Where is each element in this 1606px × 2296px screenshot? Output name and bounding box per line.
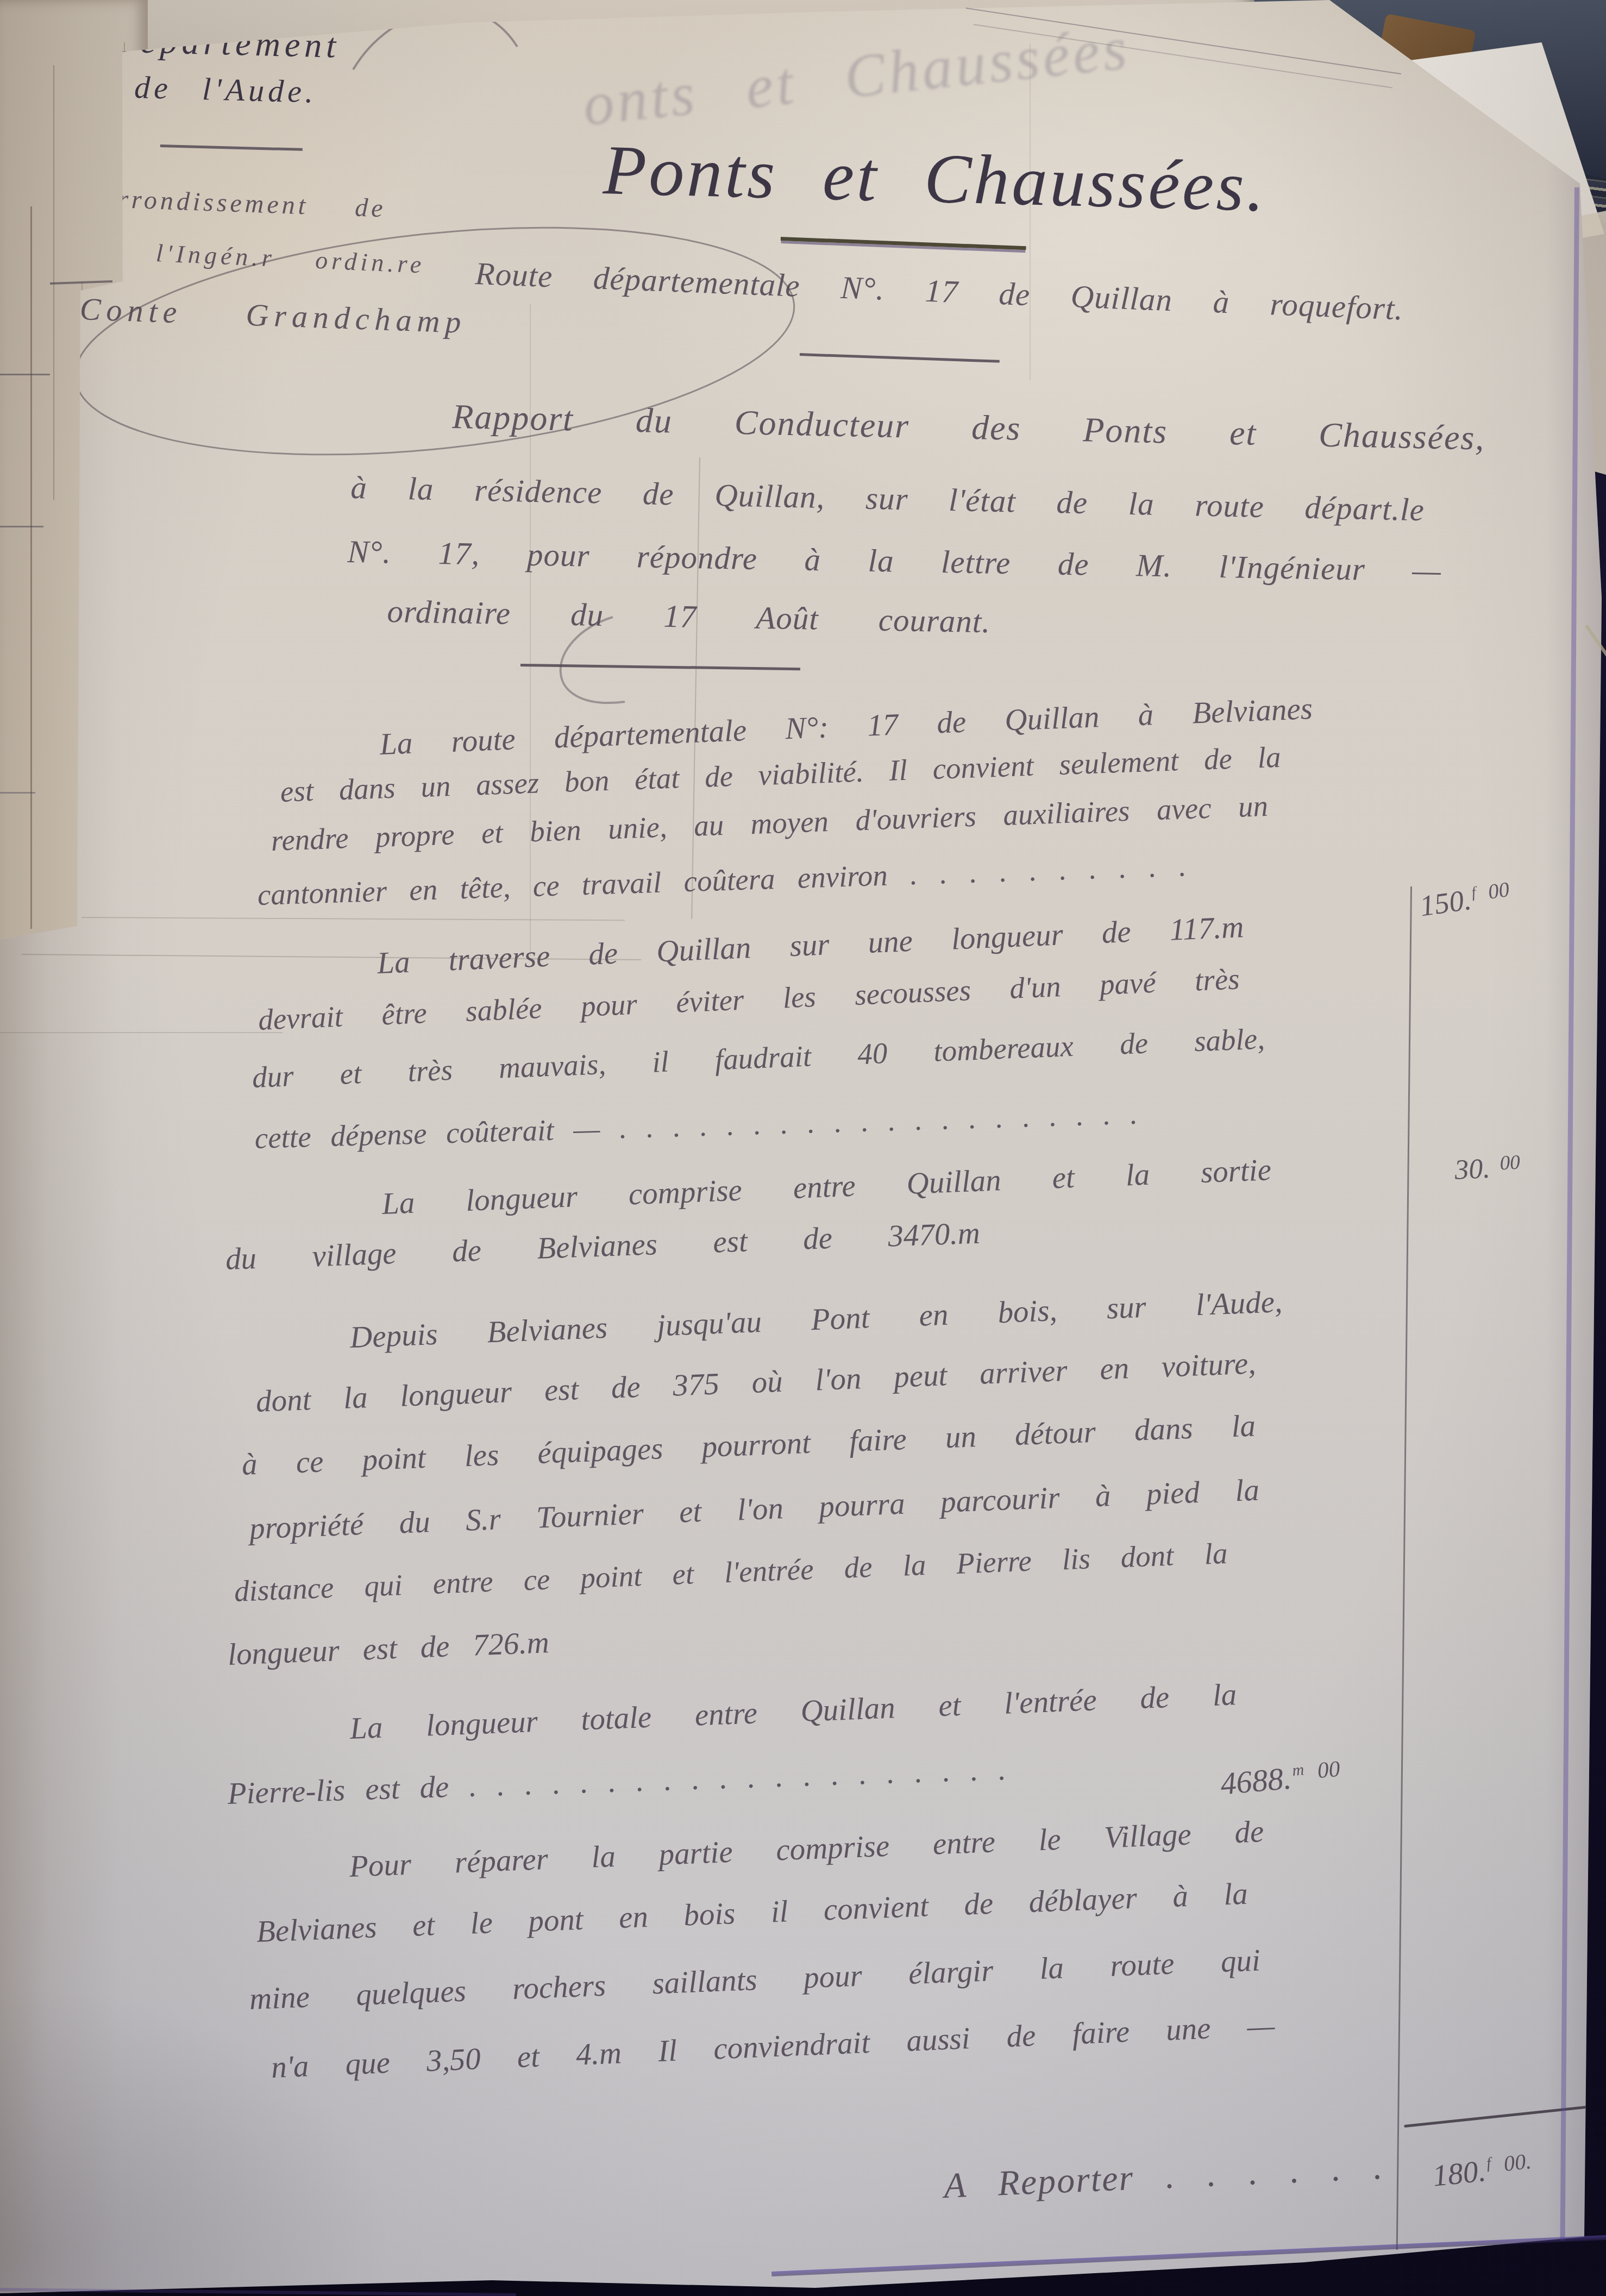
body-line: La longueur totale entre Quillan et l'en…: [349, 1679, 1237, 1744]
manuscript-content: partementDépartementde l'Aude.Arrondisse…: [0, 0, 1606, 2296]
under-sheet-table-rule: [0, 792, 35, 794]
body-line: longueur est de 726.m: [227, 1627, 550, 1670]
amount-180-cents: 00.: [1503, 2149, 1533, 2176]
body-line: cette dépense coûterait — . . . . . . . …: [254, 1099, 1138, 1153]
paper-crease: [530, 304, 531, 956]
amount-150-cents: 00: [1486, 878, 1510, 904]
paper-edge-fringe-bottom-left: [0, 2288, 516, 2296]
slip-arrondissement-line1: Arrondissement de: [98, 186, 386, 222]
body-line: Pour réparer la partie comprise entre le…: [349, 1816, 1264, 1882]
amount-180-unit: f: [1485, 2155, 1491, 2173]
body-line: Belvianes et le pont en bois il convient…: [256, 1878, 1249, 1947]
slip-departement-line2: de l'Aude.: [134, 72, 317, 108]
body-line: Depuis Belvianes jusqu'au Pont en bois, …: [349, 1286, 1283, 1353]
paper-crease: [0, 1032, 283, 1033]
page-title: Ponts et Chaussées.: [603, 135, 1268, 223]
stack-edge-line: [30, 206, 32, 929]
body-line: dont la longueur est de 375 où l'on peut…: [255, 1348, 1256, 1417]
slip-arrondissement-line3: Conte Grandchamp: [79, 293, 467, 338]
body-line: Pierre-lis est de . . . . . . . . . . . …: [227, 1754, 1007, 1809]
amount-150-unit: f: [1470, 884, 1477, 901]
manuscript-page: partementDépartementde l'Aude.Arrondisse…: [0, 0, 1606, 2296]
carry-forward-label: A Reporter . . . . . .: [943, 2149, 1384, 2204]
amount-30-value: 30.: [1454, 1153, 1491, 1186]
body-line: propriété du S.r Tournier et l'on pourra…: [249, 1475, 1260, 1544]
report-heading-line2: à la résidence de Quillan, sur l'état de…: [350, 471, 1425, 526]
under-sheet-table-rule: [0, 526, 43, 527]
paper-crease: [1030, 43, 1031, 380]
amount-150-value: 150.: [1418, 883, 1473, 923]
body-line: dur et très mauvais, il faudrait 40 tomb…: [252, 1023, 1265, 1092]
report-heading-line3: N°. 17, pour répondre à la lettre de M. …: [347, 536, 1441, 587]
amount-4688-value: 4688.: [1219, 1760, 1293, 1802]
body-line: distance qui entre ce point et l'entrée …: [234, 1538, 1228, 1606]
body-line: mine quelques rochers saillants pour éla…: [249, 1945, 1261, 2015]
body-line: cantonnier en tête, ce travail coûtera e…: [257, 851, 1187, 910]
photographed-manuscript-scene: partementDépartementde l'Aude.Arrondisse…: [0, 0, 1606, 2296]
amount-4688-unit: m: [1291, 1760, 1305, 1780]
page-subtitle: Route départementale N°. 17 de Quillan à…: [475, 257, 1404, 325]
amount-180-value: 180.: [1431, 2154, 1488, 2193]
amount-4688-cents: 00: [1316, 1757, 1341, 1783]
amount-30: 30.00: [1454, 1153, 1521, 1185]
body-line: à ce point les équipages pourront faire …: [241, 1410, 1256, 1480]
under-sheet-table-rule: [0, 374, 50, 375]
amount-30-cents: 00: [1499, 1152, 1521, 1175]
body-line: La longueur comprise entre Quillan et la…: [381, 1154, 1272, 1219]
amount-4688: 4688.m00: [1219, 1758, 1342, 1800]
report-heading-line1: Rapport du Conducteur des Ponts et Chaus…: [452, 399, 1485, 456]
amount-180: 180.f00.: [1431, 2150, 1533, 2192]
report-heading-line4: ordinaire du 17 Août courant.: [387, 595, 991, 638]
body-line: n'a que 3,50 et 4.m Il conviendrait auss…: [271, 2010, 1275, 2083]
amount-150: 150.f00: [1418, 879, 1512, 921]
body-line: du village de Belvianes est de 3470.m: [225, 1218, 981, 1275]
